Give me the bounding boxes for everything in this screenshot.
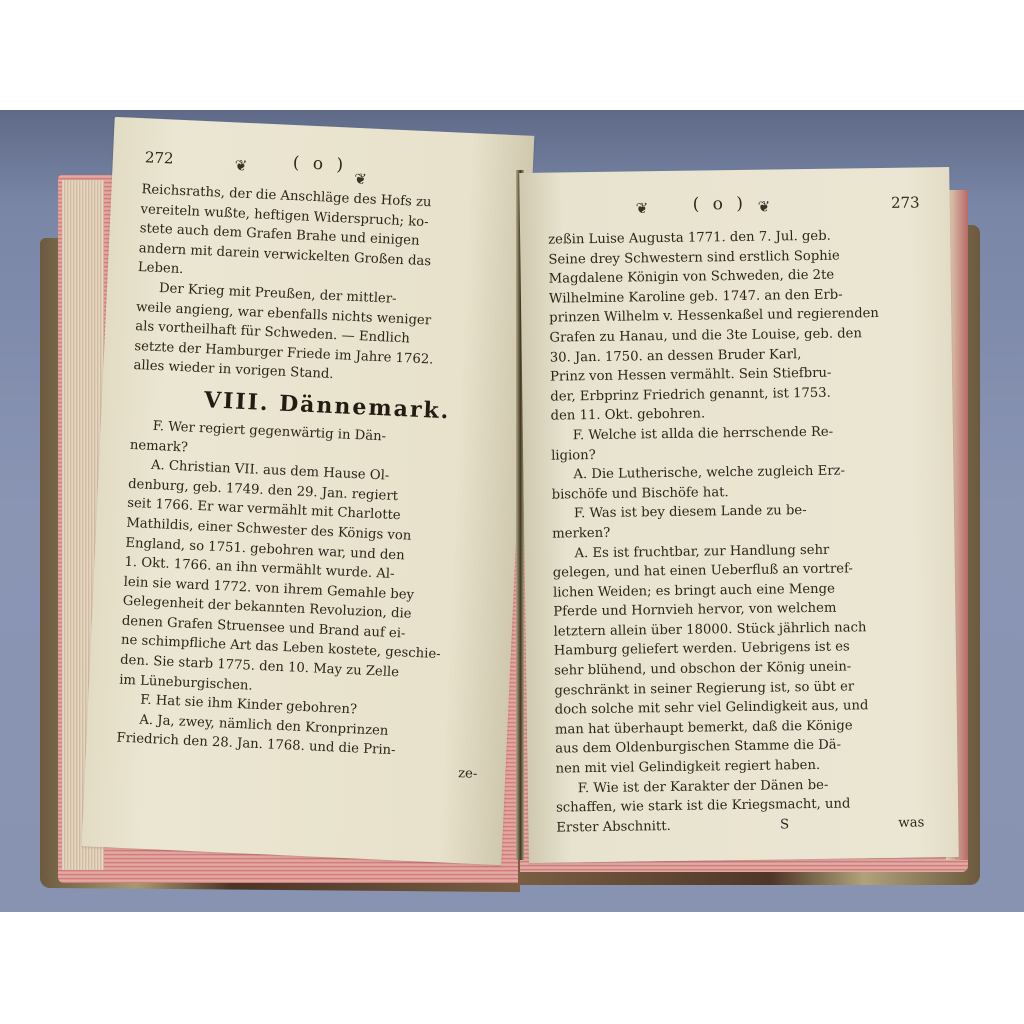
leaf-ornament-icon: ❦	[758, 198, 770, 216]
leaf-ornament-icon: ❦	[636, 199, 648, 217]
header-mark: ( o )	[693, 194, 748, 215]
signature-title: Erster Abschnitt.	[556, 817, 671, 838]
page-number: 273	[891, 193, 920, 211]
page-272: 272 ❦ ( o ) ❦ Reichsraths, der die Ansch…	[82, 117, 535, 865]
leaf-ornament-icon: ❦	[234, 156, 246, 175]
page-number: 272	[145, 148, 174, 167]
body-text-left: Reichsraths, der die Anschläge des Hofs …	[115, 180, 509, 785]
page-273: ❦ ( o ) ❦ 273 zeßin Luise Augusta 1771. …	[519, 167, 959, 863]
leaf-ornament-icon: ❦	[354, 170, 366, 189]
signature-mark: S	[780, 815, 789, 835]
running-header-right: ❦ ( o ) ❦ 273	[548, 191, 920, 230]
page-footer: Erster Abschnitt. S was	[556, 813, 928, 838]
catchword: was	[898, 813, 924, 833]
body-text-right: zeßin Luise Augusta 1771. den 7. Jul. ge…	[548, 225, 928, 838]
header-mark: ( o )	[292, 153, 347, 175]
top-white-band	[0, 0, 1024, 110]
bottom-white-band	[0, 912, 1024, 1024]
